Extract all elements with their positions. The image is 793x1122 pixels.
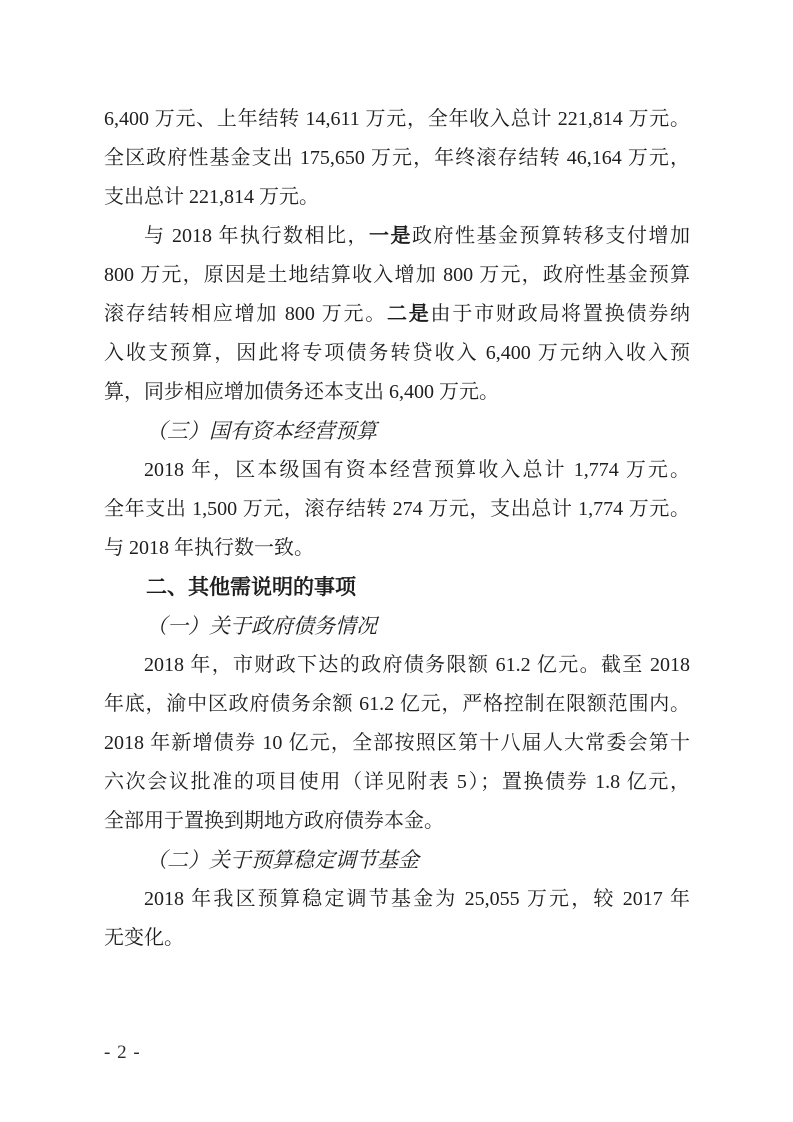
text-line: 全区政府性基金支出 175,650 万元，年终滚存结转 46,164 万元， [104, 139, 690, 178]
text-line: 与 2018 年执行数相比，一是政府性基金预算转移支付增加 [104, 217, 690, 256]
text-line: 六次会议批准的项目使用（详见附表 5）；置换债券 1.8 亿元， [104, 763, 690, 802]
subsection-heading: （三）国有资本经营预算 [104, 412, 690, 451]
bold-emphasis: 二是 [387, 303, 431, 325]
text-segment: 政府性基金预算转移支付增加 [412, 225, 690, 247]
paragraph: 2018 年，市财政下达的政府债务限额 61.2 亿元。截至 2018 年底，渝… [104, 646, 690, 841]
text-line: 入收支预算，因此将专项债务转贷收入 6,400 万元纳入收入预 [104, 334, 690, 373]
text-line: 支出总计 221,814 万元。 [104, 178, 690, 217]
section-heading: 二、其他需说明的事项 [104, 568, 690, 607]
paragraph: 2018 年，区本级国有资本经营预算收入总计 1,774 万元。 全年支出 1,… [104, 451, 690, 568]
text-line: 全年支出 1,500 万元，滚存结转 274 万元，支出总计 1,774 万元。 [104, 490, 690, 529]
text-segment: 由于市财政局将置换债券纳 [431, 303, 690, 325]
paragraph: 6,400 万元、上年结转 14,611 万元，全年收入总计 221,814 万… [104, 100, 690, 217]
text-line: 2018 年，市财政下达的政府债务限额 61.2 亿元。截至 2018 [104, 646, 690, 685]
page-number: - 2 - [104, 1040, 141, 1066]
text-line: 算，同步相应增加债务还本支出 6,400 万元。 [104, 373, 690, 412]
text-line: 与 2018 年执行数一致。 [104, 529, 690, 568]
subsection-heading: （一）关于政府债务情况 [104, 607, 690, 646]
text-segment: 与 2018 年执行数相比， [144, 225, 369, 247]
text-segment: 滚存结转相应增加 800 万元。 [104, 303, 387, 325]
text-line: 800 万元，原因是土地结算收入增加 800 万元，政府性基金预算 [104, 256, 690, 295]
text-line: 2018 年新增债券 10 亿元，全部按照区第十八届人大常委会第十 [104, 724, 690, 763]
paragraph: 2018 年我区预算稳定调节基金为 25,055 万元，较 2017 年 无变化… [104, 880, 690, 958]
text-line: 2018 年，区本级国有资本经营预算收入总计 1,774 万元。 [104, 451, 690, 490]
text-line: 2018 年我区预算稳定调节基金为 25,055 万元，较 2017 年 [104, 880, 690, 919]
text-line: 无变化。 [104, 919, 690, 958]
paragraph: 与 2018 年执行数相比，一是政府性基金预算转移支付增加 800 万元，原因是… [104, 217, 690, 412]
document-page: 6,400 万元、上年结转 14,611 万元，全年收入总计 221,814 万… [0, 0, 793, 1122]
text-line: 6,400 万元、上年结转 14,611 万元，全年收入总计 221,814 万… [104, 100, 690, 139]
text-line: 全部用于置换到期地方政府债券本金。 [104, 802, 690, 841]
text-line: 年底，渝中区政府债务余额 61.2 亿元，严格控制在限额范围内。 [104, 685, 690, 724]
subsection-heading: （二）关于预算稳定调节基金 [104, 841, 690, 880]
text-line: 滚存结转相应增加 800 万元。二是由于市财政局将置换债券纳 [104, 295, 690, 334]
bold-emphasis: 一是 [369, 225, 412, 247]
text-block: 6,400 万元、上年结转 14,611 万元，全年收入总计 221,814 万… [104, 100, 690, 958]
